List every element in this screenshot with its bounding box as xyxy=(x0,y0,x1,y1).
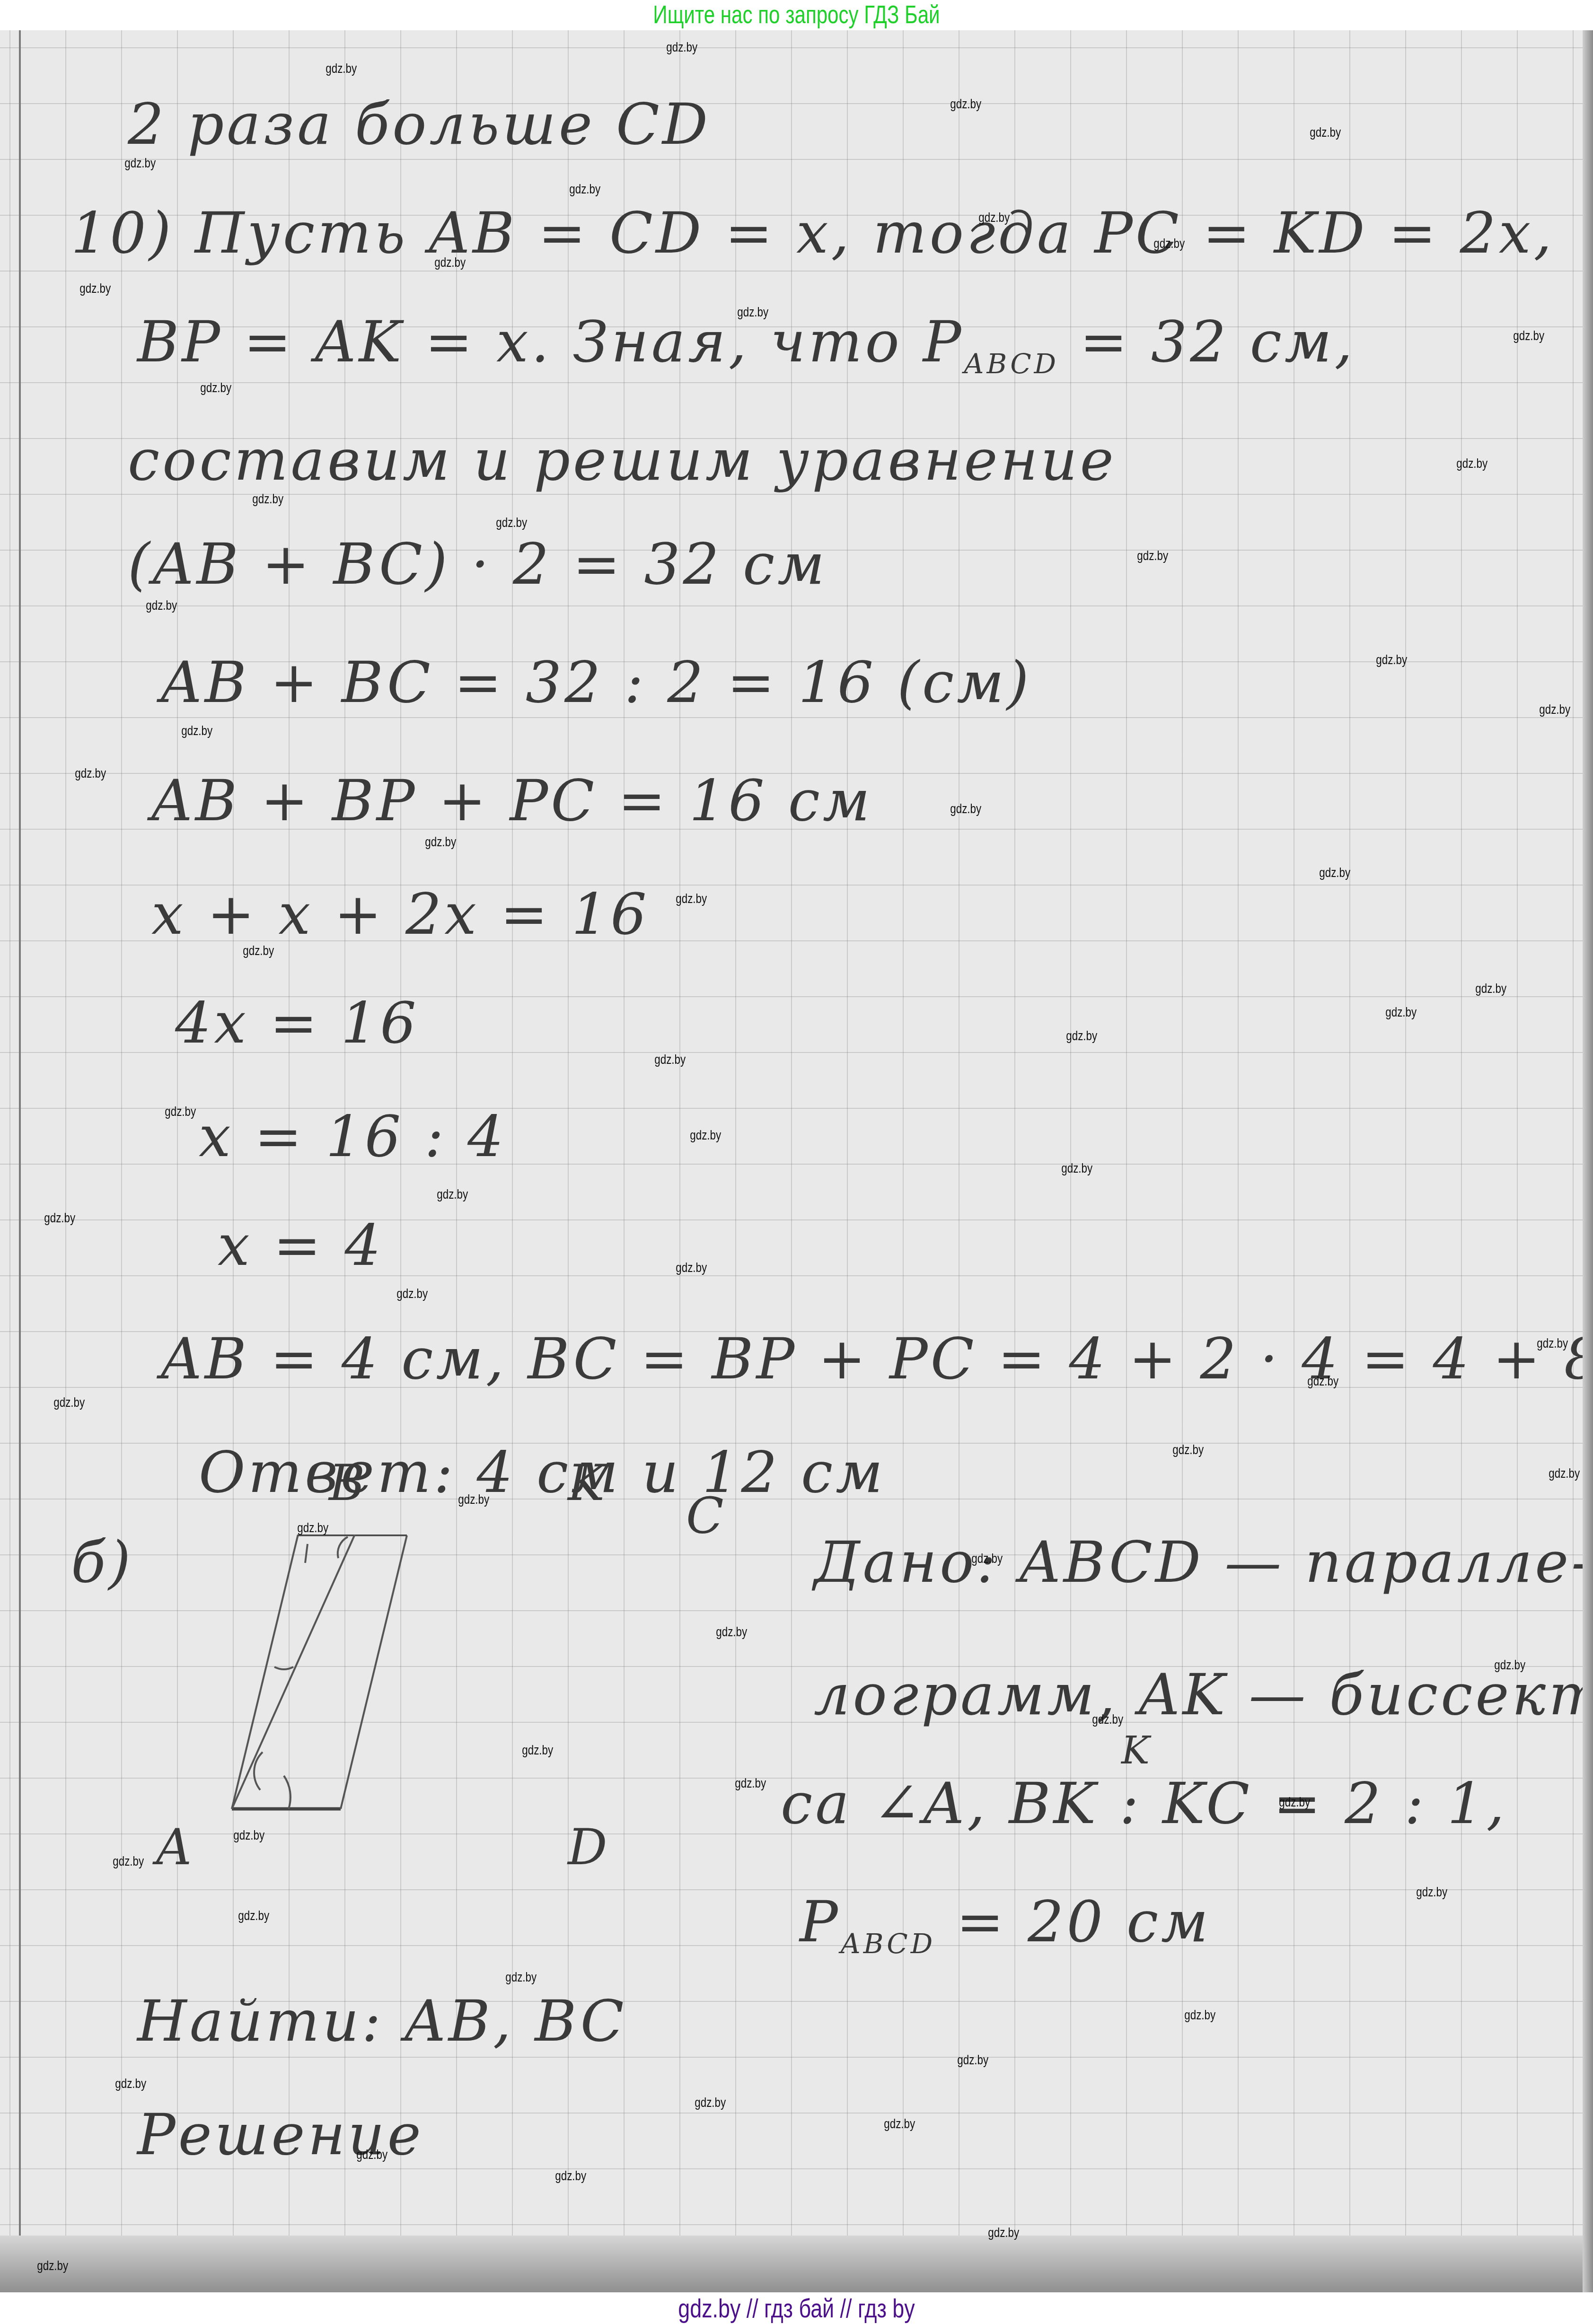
watermark: gdz.by xyxy=(1310,125,1341,140)
watermark: gdz.by xyxy=(950,801,981,816)
given-perimeter: PABCD = 20 см xyxy=(800,1889,1211,1960)
vertex-label-a: A xyxy=(156,1818,192,1876)
watermark: gdz.by xyxy=(695,2095,726,2110)
watermark: gdz.by xyxy=(555,2168,586,2184)
watermark: gdz.by xyxy=(297,1520,328,1535)
watermark: gdz.by xyxy=(1513,328,1544,343)
watermark: gdz.by xyxy=(165,1104,196,1119)
watermark: gdz.by xyxy=(1494,1657,1525,1673)
find-line: Найти: AB, BC xyxy=(137,1989,626,2054)
watermark: gdz.by xyxy=(1385,1005,1417,1020)
watermark: gdz.by xyxy=(1184,2008,1215,2023)
watermark: gdz.by xyxy=(181,723,212,738)
watermark: gdz.by xyxy=(113,1854,144,1869)
watermark: gdz.by xyxy=(569,182,600,197)
vertex-label-b: B xyxy=(329,1454,365,1512)
line-let: 10) Пусть AB = CD = x, тогда PC = KD = 2… xyxy=(71,201,1555,266)
margin-line xyxy=(19,30,21,2236)
watermark: gdz.by xyxy=(971,1551,1003,1566)
watermark: gdz.by xyxy=(437,1187,468,1202)
watermark: gdz.by xyxy=(957,2052,988,2068)
bottom-banner: gdz.by // гдз бай // гдз by xyxy=(159,2292,1434,2324)
watermark: gdz.by xyxy=(79,281,111,296)
watermark: gdz.by xyxy=(1376,652,1407,667)
watermark: gdz.by xyxy=(1153,236,1185,251)
given-line-1: Дано: ABCD — паралле- xyxy=(814,1530,1593,1596)
line-answer: Ответ: 4 см и 12 см xyxy=(199,1440,886,1506)
notebook-page: 2 раза больше CD 10) Пусть AB = CD = x, … xyxy=(0,30,1593,2292)
watermark: gdz.by xyxy=(1092,1712,1123,1727)
watermark: gdz.by xyxy=(1137,548,1168,563)
watermark: gdz.by xyxy=(44,1210,75,1226)
watermark: gdz.by xyxy=(458,1492,489,1507)
watermark: gdz.by xyxy=(1539,702,1570,717)
watermark: gdz.by xyxy=(396,1286,428,1301)
line-equation-5: 4x = 16 xyxy=(175,991,419,1056)
line-equation-1: (AB + BC) · 2 = 32 см xyxy=(128,532,827,597)
line-equation-3: AB + BP + PC = 16 см xyxy=(151,768,872,834)
line-continuation: 2 раза больше CD xyxy=(128,92,711,158)
vertex-label-k: K xyxy=(568,1454,605,1512)
watermark: gdz.by xyxy=(1307,1374,1338,1389)
given-line-2: лограмм, AK — биссектри- xyxy=(814,1662,1593,1728)
watermark: gdz.by xyxy=(666,40,697,55)
watermark: gdz.by xyxy=(356,2147,387,2162)
line-compose-equation: составим и решим уравнение xyxy=(128,428,1117,493)
watermark: gdz.by xyxy=(496,515,527,530)
line-result: AB = 4 см, BC = BP + PC = 4 + 2 · 4 = 4 … xyxy=(161,1326,1593,1392)
watermark: gdz.by xyxy=(1475,981,1506,996)
watermark: gdz.by xyxy=(676,1260,707,1275)
watermark: gdz.by xyxy=(950,96,981,112)
watermark: gdz.by xyxy=(1549,1466,1580,1481)
watermark: gdz.by xyxy=(37,2258,68,2273)
watermark: gdz.by xyxy=(326,61,357,76)
watermark: gdz.by xyxy=(146,598,177,613)
parallelogram-diagram: B K C A D xyxy=(142,1535,733,1866)
watermark: gdz.by xyxy=(238,1908,269,1923)
watermark: gdz.by xyxy=(233,1828,264,1843)
watermark: gdz.by xyxy=(1172,1442,1204,1457)
watermark: gdz.by xyxy=(124,156,156,171)
watermark: gdz.by xyxy=(978,210,1010,225)
watermark: gdz.by xyxy=(434,255,466,270)
given-line-3: са ∠A, BK : KC = 2 : 1, xyxy=(781,1771,1507,1837)
line-bp-ak: BP = AK = x. Зная, что PABCD = 32 см, xyxy=(137,309,1355,380)
watermark: gdz.by xyxy=(1537,1336,1568,1351)
line-equation-2: AB + BC = 32 : 2 = 16 (см) xyxy=(161,650,1032,716)
watermark: gdz.by xyxy=(690,1128,721,1143)
vertex-label-d: D xyxy=(568,1818,607,1876)
watermark: gdz.by xyxy=(737,305,768,320)
watermark: gdz.by xyxy=(522,1743,553,1758)
line-equation-4: x + x + 2x = 16 xyxy=(151,882,650,947)
top-banner: Ищите нас по запросу ГДЗ Бай xyxy=(175,0,1417,29)
watermark: gdz.by xyxy=(1416,1885,1447,1900)
watermark: gdz.by xyxy=(1279,1795,1310,1810)
vertex-label-c: C xyxy=(686,1487,724,1545)
watermark: gdz.by xyxy=(1066,1028,1097,1044)
watermark: gdz.by xyxy=(676,891,707,906)
watermark: gdz.by xyxy=(252,491,283,507)
watermark: gdz.by xyxy=(53,1395,85,1410)
watermark: gdz.by xyxy=(716,1624,747,1640)
watermark: gdz.by xyxy=(200,380,231,395)
parallelogram-svg xyxy=(142,1535,733,1866)
given-k-note: K xyxy=(1121,1728,1150,1772)
watermark: gdz.by xyxy=(1456,456,1487,471)
part-b-label: б) xyxy=(71,1530,133,1596)
watermark: gdz.by xyxy=(243,943,274,958)
watermark: gdz.by xyxy=(425,834,456,850)
watermark: gdz.by xyxy=(75,766,106,781)
watermark: gdz.by xyxy=(654,1052,686,1067)
watermark: gdz.by xyxy=(115,2076,146,2091)
line-equation-7: x = 4 xyxy=(218,1213,384,1279)
watermark: gdz.by xyxy=(988,2225,1019,2240)
watermark: gdz.by xyxy=(735,1776,766,1791)
line-equation-6: x = 16 : 4 xyxy=(199,1104,506,1170)
watermark: gdz.by xyxy=(1061,1161,1092,1176)
watermark: gdz.by xyxy=(884,2116,915,2131)
watermark: gdz.by xyxy=(1319,865,1350,880)
watermark: gdz.by xyxy=(505,1970,537,1985)
